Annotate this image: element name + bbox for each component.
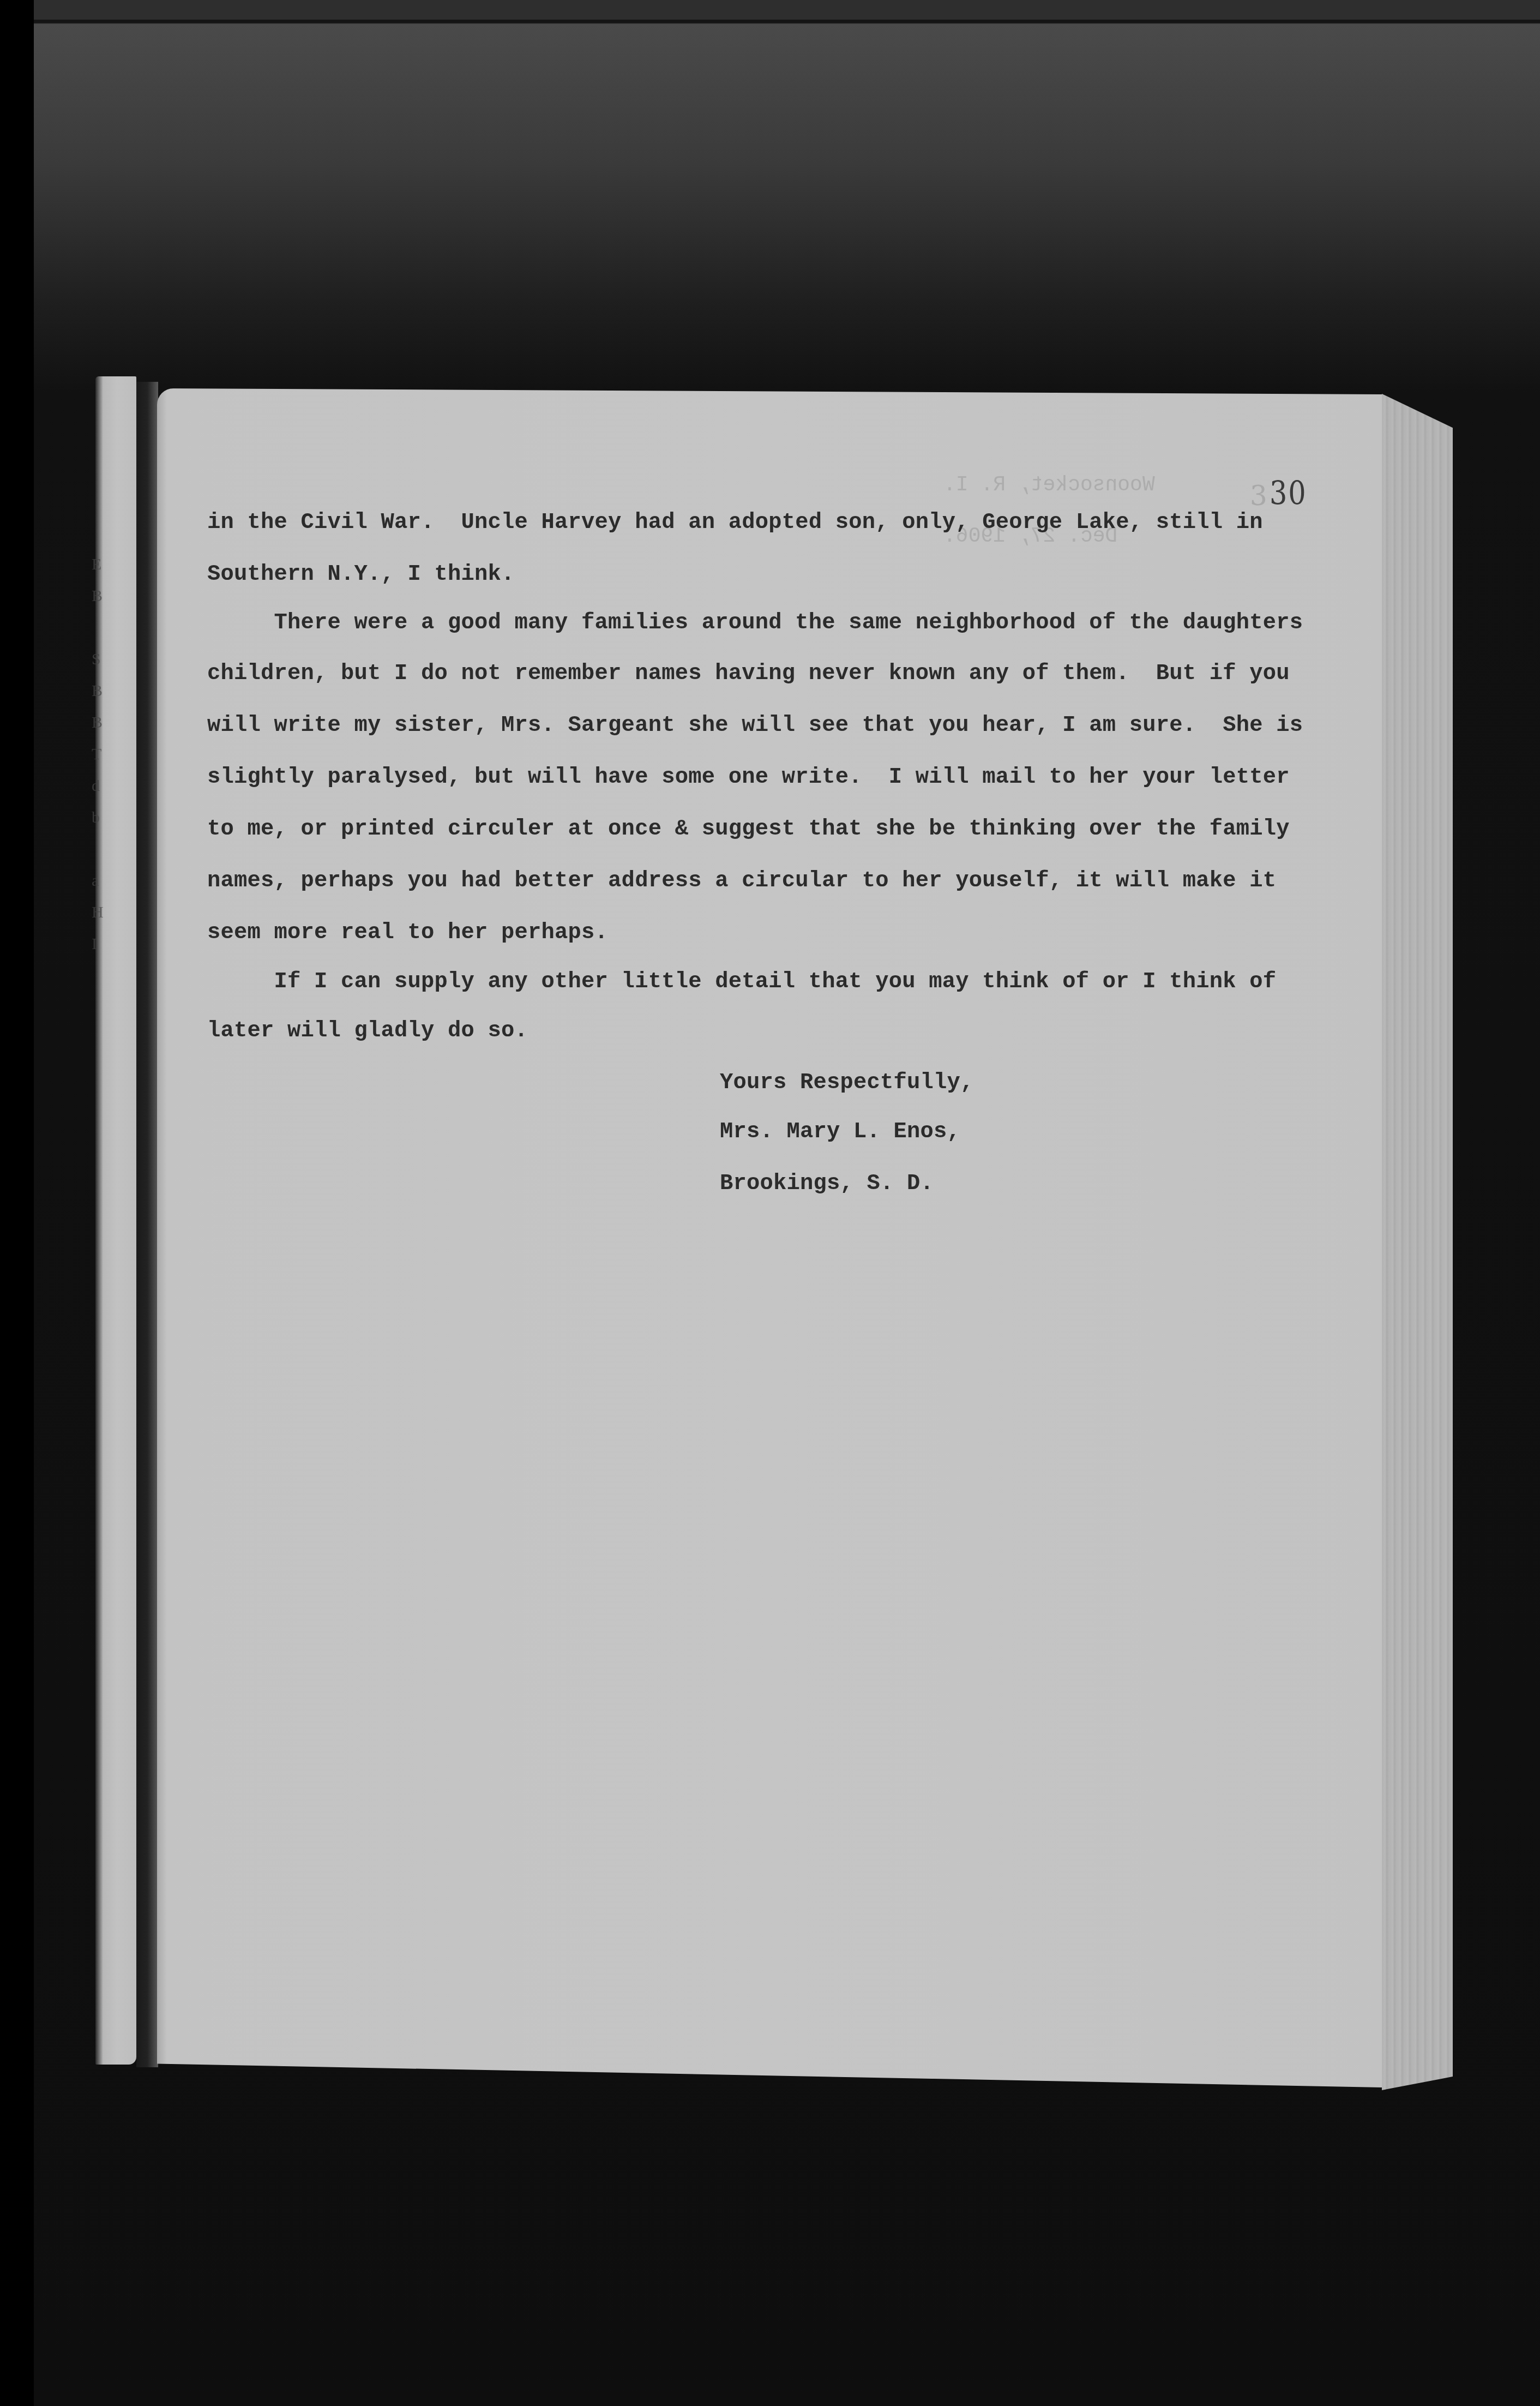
page-number-faint: 3 bbox=[1250, 480, 1267, 512]
body-line: to me, or printed circuler at once & sug… bbox=[207, 818, 1290, 841]
page-number: 30 bbox=[1270, 475, 1307, 513]
sender-location: Brookings, S. D. bbox=[720, 1173, 934, 1195]
bleed-through-place: Woonsocket, R. I. bbox=[943, 473, 1155, 497]
signature: Mrs. Mary L. Enos, bbox=[720, 1121, 960, 1143]
body-line: will write my sister, Mrs. Sargeant she … bbox=[207, 715, 1303, 737]
body-line: seem more real to her perhaps. bbox=[207, 922, 608, 944]
closing: Yours Respectfully, bbox=[720, 1072, 974, 1094]
body-line: There were a good many families around t… bbox=[207, 612, 1303, 634]
letter-page bbox=[157, 388, 1382, 2087]
microfilm-frame: E B S B B T d b a H I Woonsocket, R. I. … bbox=[0, 0, 1540, 2406]
film-edge bbox=[0, 0, 34, 2406]
page-stack-edge bbox=[1382, 394, 1453, 2090]
previous-page-edge-letters: E B S B B T d b a H I bbox=[92, 556, 108, 1320]
body-line: later will gladly do so. bbox=[207, 1020, 528, 1042]
body-line: names, perhaps you had better address a … bbox=[207, 870, 1276, 892]
body-line: children, but I do not remember names ha… bbox=[207, 663, 1290, 685]
body-line: in the Civil War. Uncle Harvey had an ad… bbox=[207, 512, 1263, 534]
body-line: slightly paralysed, but will have some o… bbox=[207, 766, 1290, 789]
body-line: Southern N.Y., I think. bbox=[207, 563, 515, 586]
body-line: If I can supply any other little detail … bbox=[207, 971, 1276, 993]
book-gutter bbox=[136, 382, 158, 2067]
